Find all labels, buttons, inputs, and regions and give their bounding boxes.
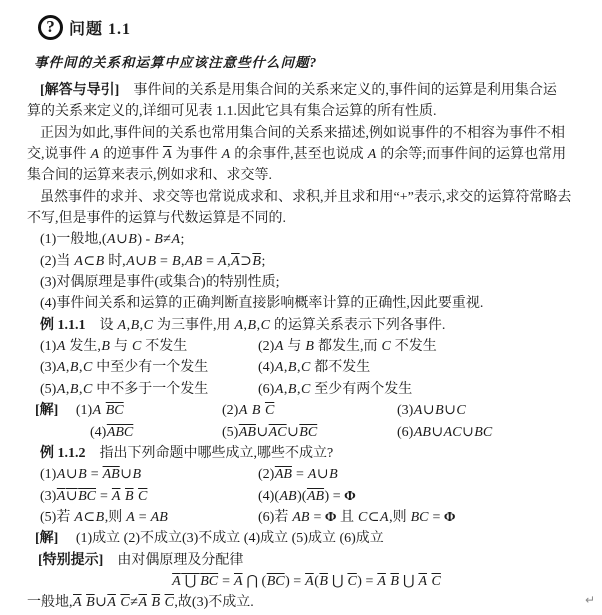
guide-para1-line1: [解答与导引] 事件间的关系是用集合间的关系来定义的,事件间的运算是利用集合运: [27, 80, 586, 101]
text-segment: (1)A∪B = AB∪B: [27, 464, 258, 485]
note-item-3: (3)对偶原理是事件(或集合)的特别性质;: [27, 272, 586, 293]
text-segment: (2)AB = A∪B: [258, 464, 586, 485]
guide-para3-line1: 虽然事件的求并、求交等也常说成求和、求积,并且求和用“+”表示,求交的运算符常略…: [27, 187, 586, 208]
guide-para3-line2: 不写,但是事件的运算与代数运算是不同的.: [27, 208, 586, 229]
note-item-1: (1)一般地,(A∪B) - B≠A;: [27, 229, 586, 250]
textbook-page: ? 问题 1.1 事件间的关系和运算中应该注意些什么问题? [解答与导引] 事件…: [0, 0, 602, 615]
special-tip-formula: A ⋃ BC = A ⋂ (BC) = A(B ⋃ C) = A B ⋃ A C: [27, 571, 586, 592]
special-tip-heading: [特别提示] 由对偶原理及分配律: [27, 550, 586, 571]
text-segment: (6)若 AB = Φ 且 C⊂A,则 BC = Φ: [258, 507, 586, 528]
note-item-4: (4)事件间关系和运算的正确判断直接影响概率计算的正确性,因此要重视.: [27, 293, 586, 314]
text-segment: (3)A,B,C 中至少有一个发生: [27, 357, 258, 378]
example-1-1-2-items-row2: (3)A∪BC = A B C(4)(AB)(AB) = Φ: [27, 486, 586, 507]
text-segment: (1)A 发生,B 与 C 不发生: [27, 336, 258, 357]
guide-para2-line3: 集合间的运算来表示,例如求和、求交等.: [27, 165, 586, 186]
guide-para2-line2: 交,说事件 A 的逆事件 A 为事件 A 的余事件,甚至也说成 A 的余等;而事…: [27, 144, 586, 165]
text-segment: (3)A∪B∪C: [397, 400, 586, 421]
text-segment: [解] (1)A BC: [27, 400, 222, 421]
intro-question: 事件间的关系和运算中应该注意些什么问题?: [27, 51, 586, 71]
example-1-1-2-heading: 例 1.1.2 指出下列命题中哪些成立,哪些不成立?: [27, 443, 586, 464]
text-segment: (6)AB∪AC∪BC: [397, 422, 586, 443]
text-segment: (5)A,B,C 中不多于一个发生: [27, 379, 258, 400]
example-1-1-1-solution-row2: (4)ABC(5)AB∪AC∪BC(6)AB∪AC∪BC: [27, 422, 586, 443]
example-1-1-1-items-row3: (5)A,B,C 中不多于一个发生(6)A,B,C 至少有两个发生: [27, 379, 586, 400]
return-mark-artifact: ↵: [585, 593, 595, 607]
problem-header: ? 问题 1.1: [27, 12, 586, 42]
special-tip-conclusion: 一般地,A B∪A C≠A B C,故(3)不成立.: [27, 592, 586, 613]
example-1-1-1-heading: 例 1.1.1 设 A,B,C 为三事件,用 A,B,C 的运算关系表示下列各事…: [27, 315, 586, 336]
text-segment: (5)若 A⊂B,则 A = AB: [27, 507, 258, 528]
text-segment: (4)(AB)(AB) = Φ: [258, 486, 586, 507]
text-segment: (5)AB∪AC∪BC: [222, 422, 397, 443]
question-mark-icon: ?: [38, 15, 63, 40]
example-1-1-2-items-row3: (5)若 A⊂B,则 A = AB(6)若 AB = Φ 且 C⊂A,则 BC …: [27, 507, 586, 528]
text-segment: (6)A,B,C 至少有两个发生: [258, 379, 586, 400]
example-1-1-1-items-row1: (1)A 发生,B 与 C 不发生(2)A 与 B 都发生,而 C 不发生: [27, 336, 586, 357]
text-segment: (4)A,B,C 都不发生: [258, 357, 586, 378]
example-1-1-2-items-row1: (1)A∪B = AB∪B(2)AB = A∪B: [27, 464, 586, 485]
note-item-2: (2)当 A⊂B 时,A∪B = B,AB = A,A⊃B;: [27, 251, 586, 272]
text-segment: (2)A B C: [222, 400, 397, 421]
text-segment: (4)ABC: [27, 422, 222, 443]
example-1-1-2-solution: [解] (1)成立 (2)不成立(3)不成立 (4)成立 (5)成立 (6)成立: [27, 528, 586, 549]
content: [解答与导引] 事件间的关系是用集合间的关系来定义的,事件间的运算是利用集合运算…: [27, 80, 586, 614]
text-segment: (2)A 与 B 都发生,而 C 不发生: [258, 336, 586, 357]
guide-para2-line1: 正因为如此,事件间的关系也常用集合间的关系来描述,例如说事件的不相容为事件不相: [27, 123, 586, 144]
problem-title: 问题 1.1: [69, 16, 131, 39]
guide-para1-line2: 算的关系来定义的,详细可见表 1.1.因此它具有集合运算的所有性质.: [27, 101, 586, 122]
example-1-1-1-solution-row1: [解] (1)A BC(2)A B C(3)A∪B∪C: [27, 400, 586, 421]
example-1-1-1-items-row2: (3)A,B,C 中至少有一个发生(4)A,B,C 都不发生: [27, 357, 586, 378]
text-segment: (3)A∪BC = A B C: [27, 486, 258, 507]
